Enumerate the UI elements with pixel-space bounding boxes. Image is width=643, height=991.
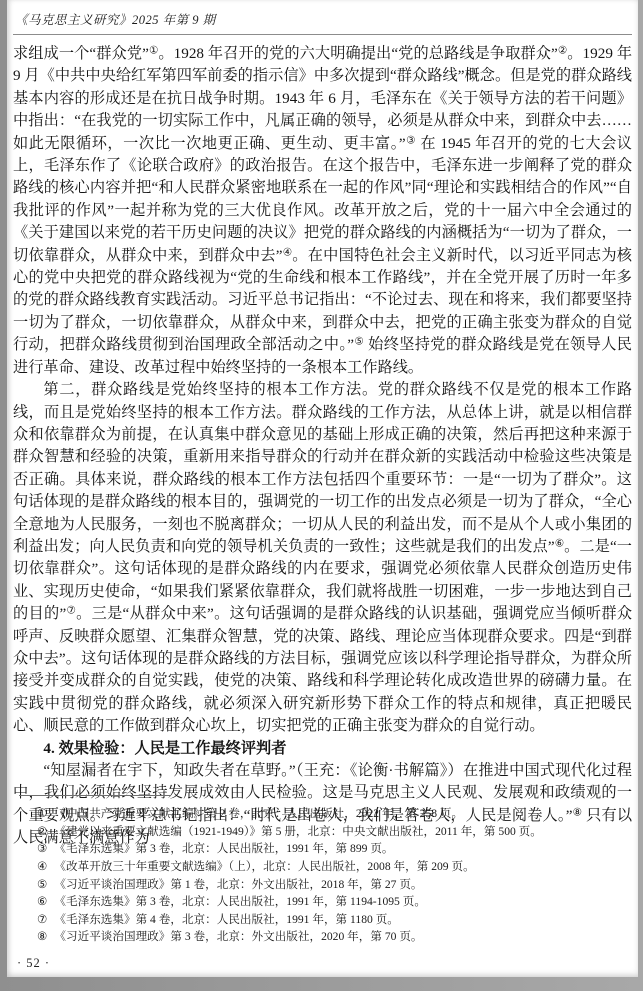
footnote-marker: ①	[37, 807, 47, 820]
article-body: 求组成一个“群众党”①。1928 年召开的党的六大明确提出“党的总路线是争取群众…	[13, 43, 632, 850]
page-content: 《马克思主义研究》2025 年第 9 期 求组成一个“群众党”①。1928 年召…	[7, 0, 638, 850]
paragraph: 第二，群众路线是党始终坚持的根本工作方法。党的群众路线不仅是党的根本工作路线，而…	[13, 379, 632, 738]
footnote-marker: ⑦	[37, 913, 47, 926]
page-number: · 52 ·	[17, 956, 632, 971]
footnote-item: ②《建党以来重要文献选编（1921-1949）》第 5 册，北京：中央文献出版社…	[13, 823, 632, 841]
header-rule	[13, 34, 632, 35]
paragraph: 求组成一个“群众党”①。1928 年召开的党的六大明确提出“党的总路线是争取群众…	[13, 43, 632, 379]
section-heading: 4. 效果检验：人民是工作最终评判者	[13, 738, 632, 760]
footnotes-list: ①《中国共产党重要文献汇编》第 2 卷，北京：人民出版社，2022 年，第 25…	[13, 805, 632, 946]
footnote-text: 《改革开放三十年重要文献选编》（上），北京：人民出版社，2008 年，第 209…	[54, 860, 474, 873]
footnote-text: 《毛泽东选集》第 3 卷，北京：人民出版社，1991 年，第 1194-1095…	[54, 895, 426, 908]
footnote-item: ③《毛泽东选集》第 3 卷，北京：人民出版社，1991 年，第 899 页。	[13, 840, 632, 858]
footnote-marker: ④	[37, 860, 47, 873]
footnote-item: ⑥《毛泽东选集》第 3 卷，北京：人民出版社，1991 年，第 1194-109…	[13, 893, 632, 911]
footnote-item: ④《改革开放三十年重要文献选编》（上），北京：人民出版社，2008 年，第 20…	[13, 858, 632, 876]
footnote-text: 《毛泽东选集》第 4 卷，北京：人民出版社，1991 年，第 1180 页。	[54, 913, 399, 926]
footnote-marker: ⑧	[37, 930, 47, 943]
footnote-item: ⑧《习近平谈治国理政》第 3 卷，北京：外文出版社，2020 年，第 70 页。	[13, 928, 632, 946]
footnote-separator	[19, 795, 171, 796]
page-footer: ①《中国共产党重要文献汇编》第 2 卷，北京：人民出版社，2022 年，第 25…	[13, 795, 632, 973]
footnote-marker: ⑤	[37, 878, 47, 891]
footnote-item: ①《中国共产党重要文献汇编》第 2 卷，北京：人民出版社，2022 年，第 25…	[13, 805, 632, 823]
footnote-marker: ③	[37, 842, 47, 855]
footnote-item: ⑦《毛泽东选集》第 4 卷，北京：人民出版社，1991 年，第 1180 页。	[13, 911, 632, 929]
footnote-text: 《习近平谈治国理政》第 3 卷，北京：外文出版社，2020 年，第 70 页。	[54, 930, 422, 943]
journal-header: 《马克思主义研究》2025 年第 9 期	[13, 0, 632, 34]
footnote-text: 《建党以来重要文献选编（1921-1949）》第 5 册，北京：中央文献出版社，…	[54, 825, 541, 838]
footnote-item: ⑤《习近平谈治国理政》第 1 卷，北京：外文出版社，2018 年，第 27 页。	[13, 876, 632, 894]
footnote-text: 《毛泽东选集》第 3 卷，北京：人民出版社，1991 年，第 899 页。	[54, 842, 393, 855]
footnote-marker: ⑥	[37, 895, 47, 908]
footnote-text: 《中国共产党重要文献汇编》第 2 卷，北京：人民出版社，2022 年，第 258…	[54, 807, 463, 820]
scanned-journal-page: { "header": { "journal_title": "《马克思主义研究…	[0, 0, 643, 991]
footnote-text: 《习近平谈治国理政》第 1 卷，北京：外文出版社，2018 年，第 27 页。	[54, 878, 422, 891]
footnote-marker: ②	[37, 825, 47, 838]
journal-page: 《马克思主义研究》2025 年第 9 期 求组成一个“群众党”①。1928 年召…	[7, 0, 638, 977]
